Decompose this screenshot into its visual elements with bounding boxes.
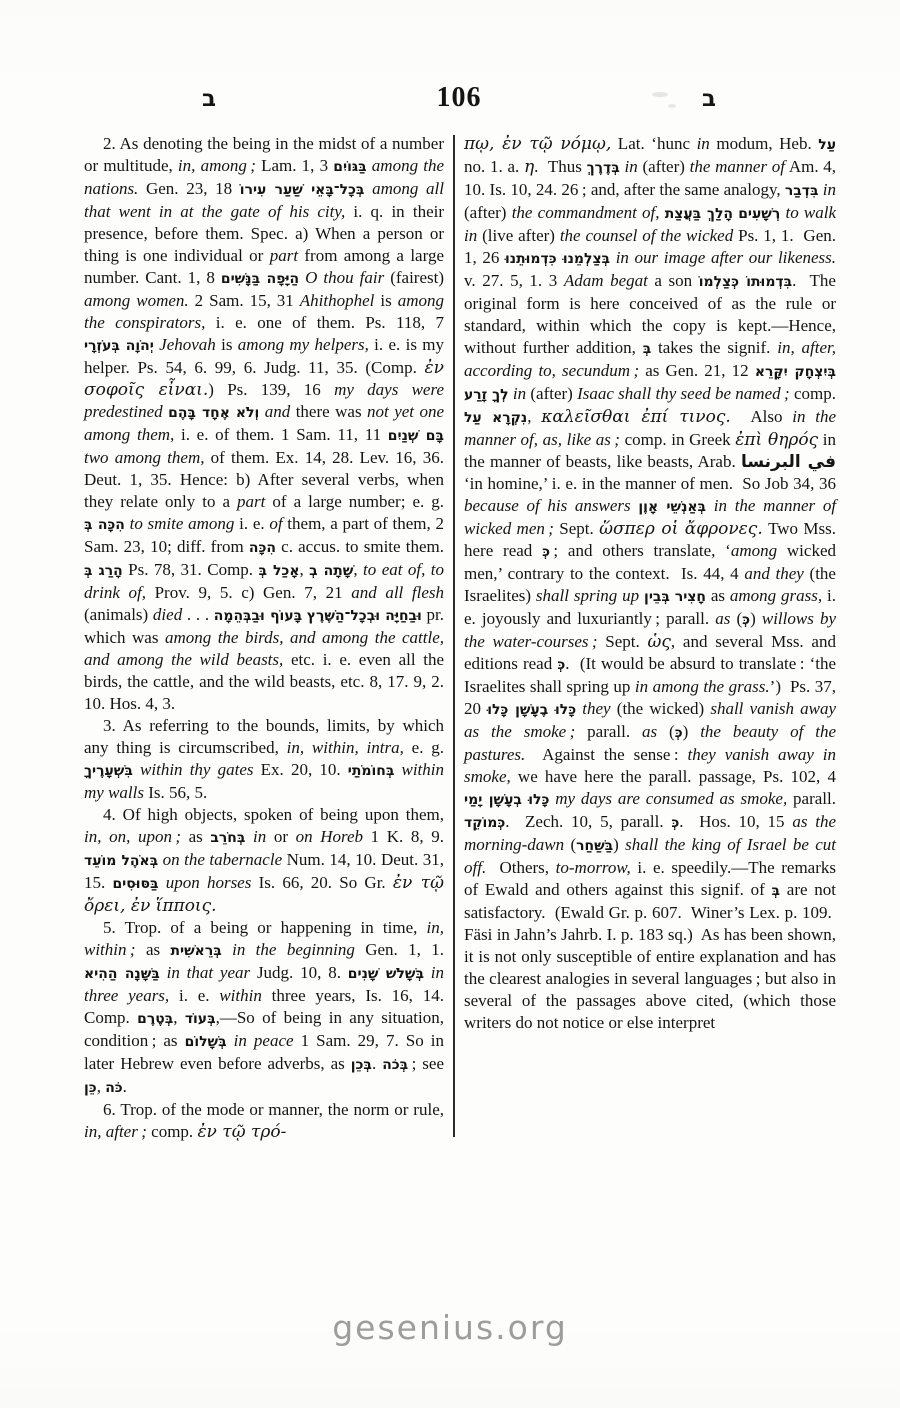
paragraph-sense-3: 3. As referring to the bounds, limits, b… <box>84 715 444 804</box>
paragraph-sense-6-continued: πῳ, ἐν τῷ νόμῳ, Lat. ‘hunc in modum, Heb… <box>464 133 836 1034</box>
scan-smudge <box>652 92 668 97</box>
paragraph-sense-4: 4. Of high objects, spoken of being upon… <box>84 804 444 917</box>
scan-smudge <box>668 104 676 108</box>
paragraph-sense-2: 2. As denoting the being in the midst of… <box>84 133 444 715</box>
running-head: ב 106 ב <box>84 84 834 118</box>
column-divider-rule <box>453 135 455 1137</box>
watermark-gesenius-org: gesenius.org <box>332 1308 568 1347</box>
left-column: 2. As denoting the being in the midst of… <box>84 133 444 1143</box>
header-hebrew-letter-right: ב <box>702 88 716 111</box>
paragraph-sense-6: 6. Trop. of the mode or manner, the norm… <box>84 1099 444 1143</box>
lexicon-page: ב 106 ב 2. As denoting the being in the … <box>0 0 900 1408</box>
paragraph-sense-5: 5. Trop. of a being or happening in time… <box>84 917 444 1099</box>
header-hebrew-letter-left: ב <box>202 88 216 111</box>
right-column: πῳ, ἐν τῷ νόμῳ, Lat. ‘hunc in modum, Heb… <box>464 133 836 1143</box>
page-number: 106 <box>437 84 482 112</box>
footer: gesenius.org <box>0 1308 900 1347</box>
text-columns: 2. As denoting the being in the midst of… <box>84 133 836 1143</box>
